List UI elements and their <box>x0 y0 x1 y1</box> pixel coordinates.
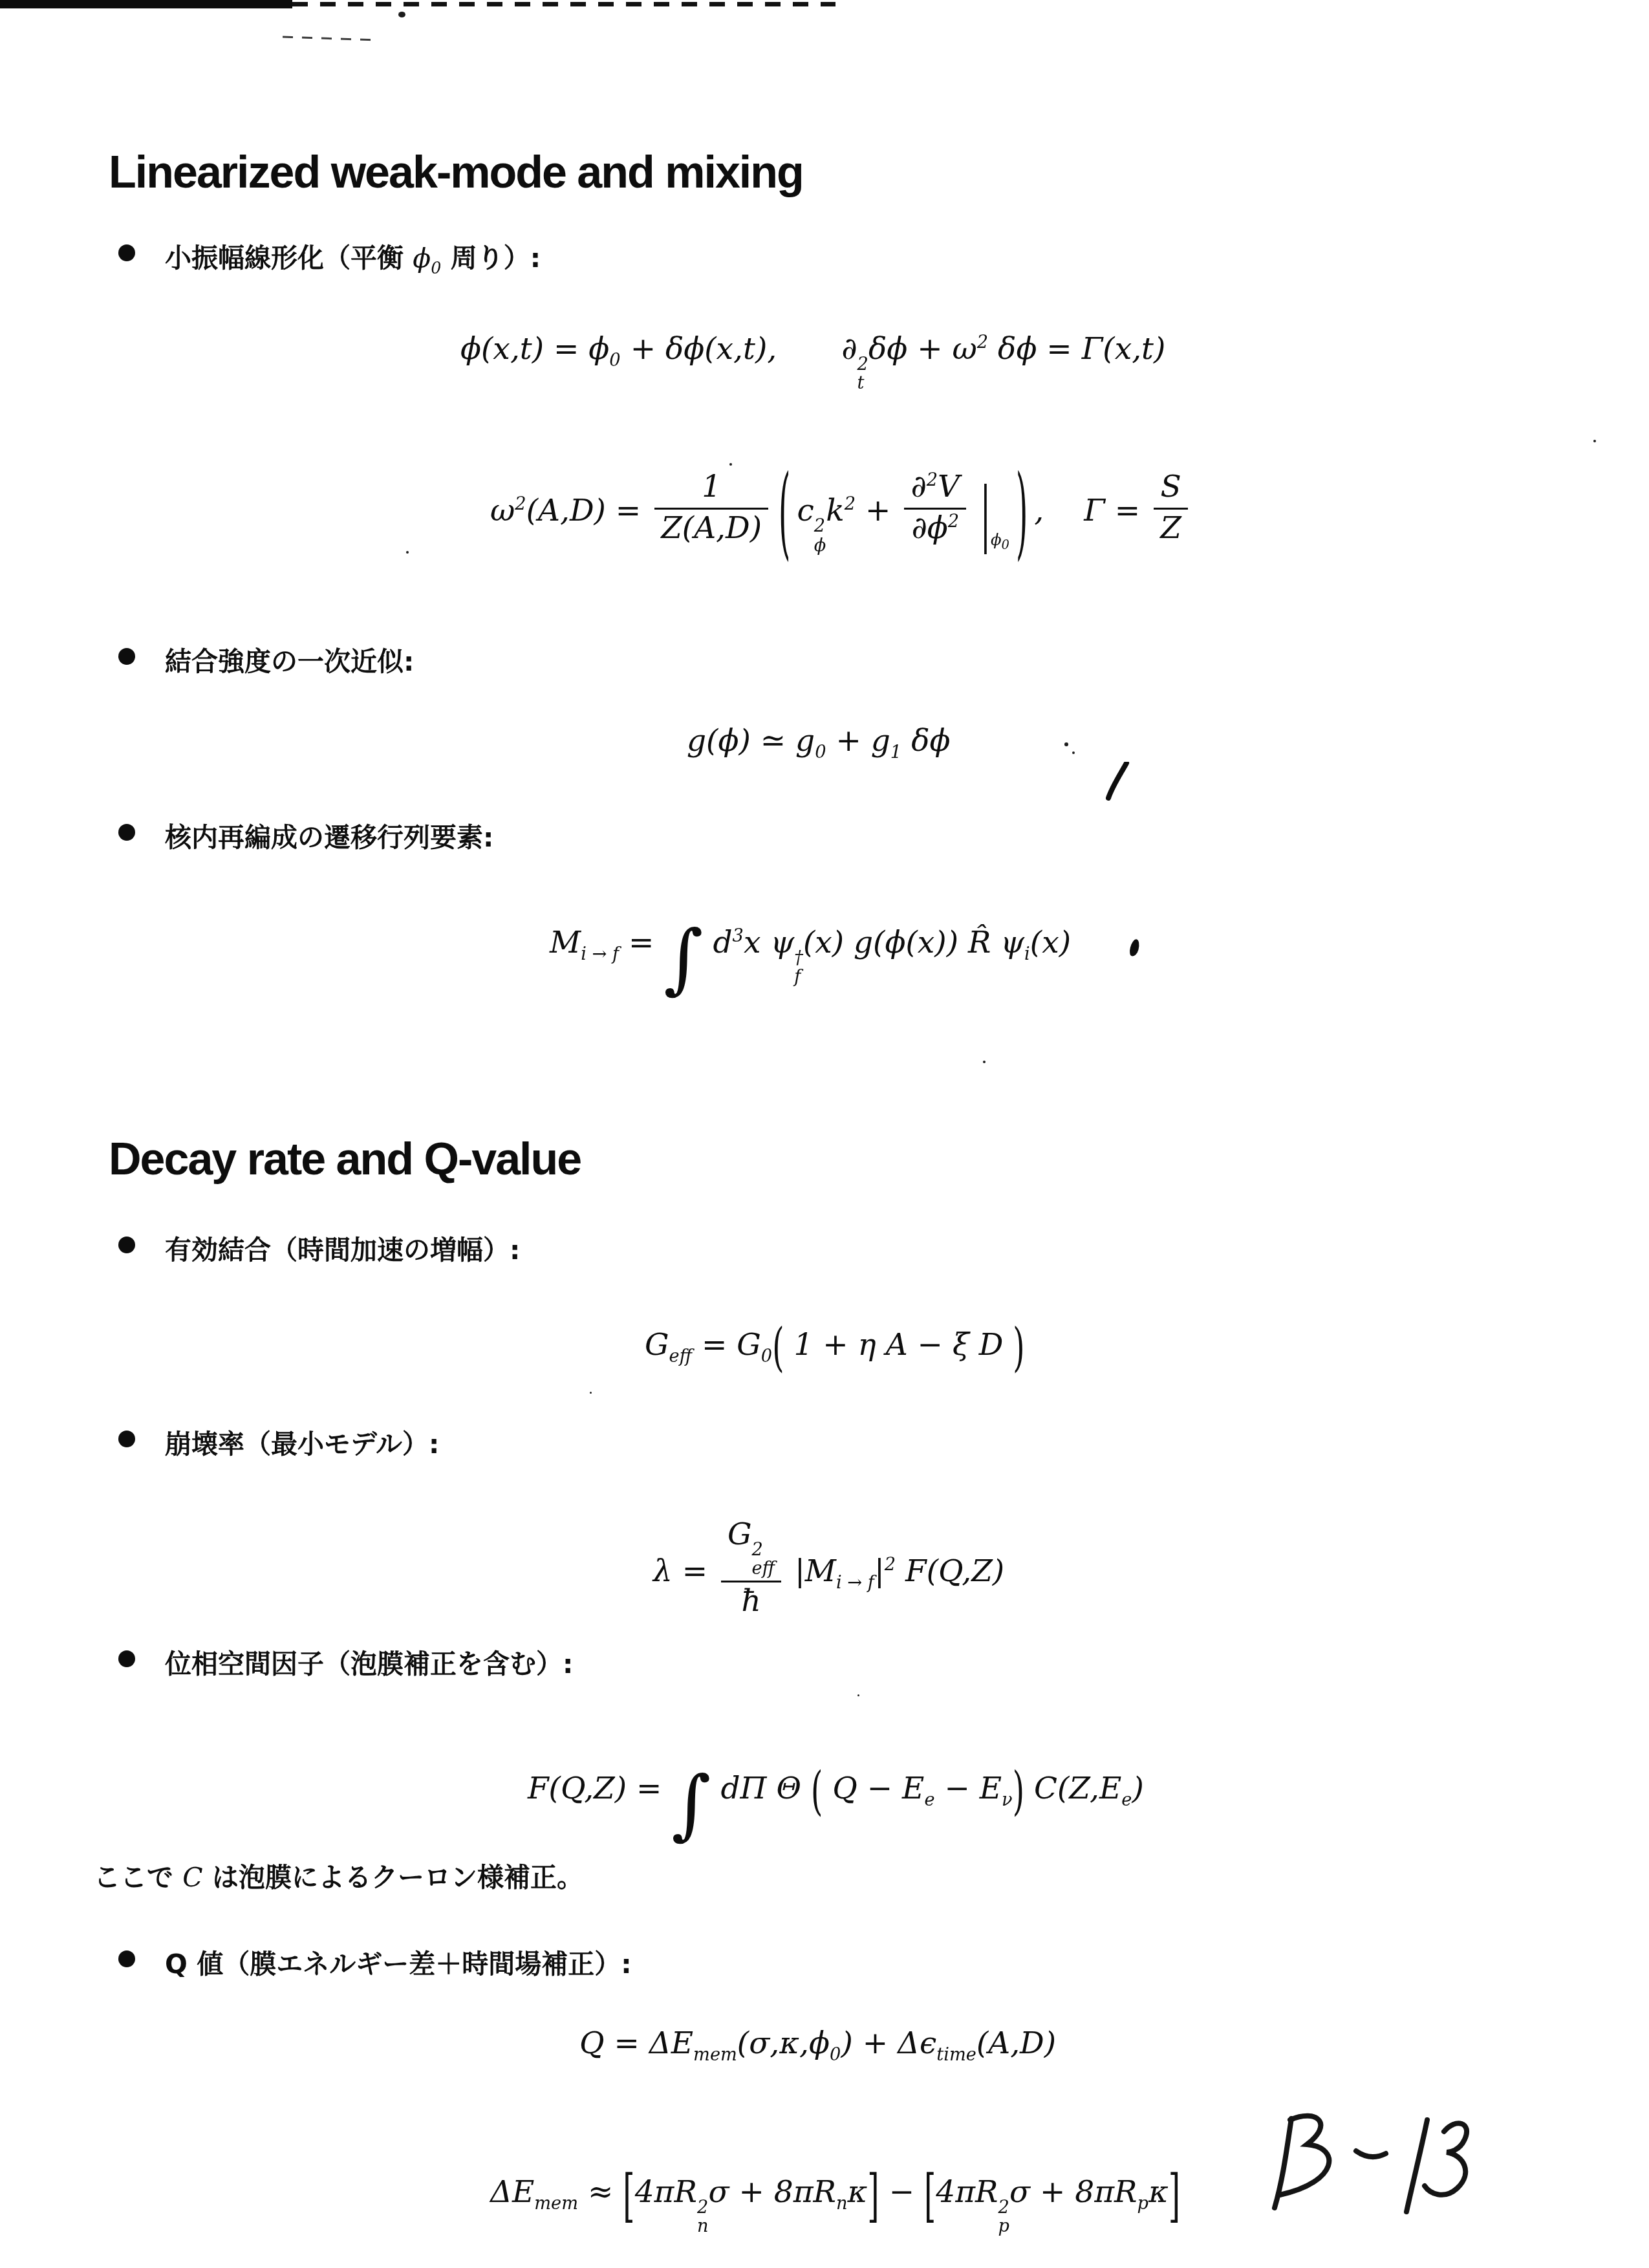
section-title-decay-rate: Decay rate and Q-value <box>109 1133 581 1185</box>
math-subscript: i → f <box>836 1573 874 1593</box>
math-supsub: †f <box>794 951 803 986</box>
scan-squiggle-mark <box>283 36 378 41</box>
bullet-item-q-value: Q 値（膜エネルギー差＋時間場補正）: <box>118 1943 632 1981</box>
bullet-item-effective-coupling: 有効結合（時間加速の増幅）: <box>118 1229 520 1267</box>
math-subscript: time <box>936 2045 976 2065</box>
math-subscript: i <box>1024 944 1030 964</box>
math-token: ) <box>1132 1771 1144 1806</box>
math-token: 4πR <box>936 2174 998 2210</box>
math-token: δϕ <box>901 723 950 759</box>
math-var-C: C <box>182 1862 202 1893</box>
equation-membrane-energy: ΔEmem ≈ [4πR2nσ + 8πRnκ] − [4πR2pσ + 8πR… <box>490 2174 1180 2235</box>
math-token: κ <box>1148 2174 1169 2210</box>
math-subscript: 0 <box>609 351 620 371</box>
bullet-text: Q 値（膜エネルギー差＋時間場補正）: <box>165 1943 632 1981</box>
math-subscript: 0 <box>431 258 441 277</box>
math-superscript: 2 <box>998 2200 1009 2216</box>
equation-decay-rate: λ = G2effħ |Mi → f|2 F(Q,Z) <box>653 1523 1004 1624</box>
math-token: M <box>550 925 581 960</box>
scanned-document-page: Linearized weak-mode and mixing 小振幅線形化（平… <box>0 0 1649 2268</box>
math-fraction: G2effħ <box>721 1518 781 1619</box>
math-token: Γ = <box>1084 493 1150 528</box>
scan-speck <box>398 12 405 17</box>
evaluation-bar: | <box>980 473 991 556</box>
math-token: ∂ϕ <box>911 510 947 546</box>
math-token: dΠ Θ <box>711 1771 811 1806</box>
left-paren: ( <box>811 1761 823 1822</box>
bullet-text: 小振幅線形化（平衡 ϕ0 周り）: <box>165 237 541 277</box>
math-token: ) + Δϵ <box>841 2025 936 2061</box>
bullet-text: 位相空間因子（泡膜補正を含む）: <box>165 1643 573 1681</box>
math-token: |M <box>785 1553 836 1589</box>
bullet-icon <box>118 1950 135 1967</box>
math-supsub: 2ϕ <box>814 519 826 554</box>
bullet-icon <box>118 824 135 841</box>
math-token: (x) <box>1030 925 1071 960</box>
math-superscript: 2 <box>697 2200 708 2216</box>
bullet-text-post: 周り）: <box>441 243 541 274</box>
left-paren: ( <box>772 1317 784 1379</box>
math-fraction: ∂2V∂ϕ2 <box>904 470 966 545</box>
bullet-icon <box>118 244 135 261</box>
math-token: G <box>645 1327 669 1363</box>
fraction-numerator: G2eff <box>721 1518 781 1581</box>
scan-speck <box>406 551 409 554</box>
math-token: F(Q,Z) <box>896 1553 1004 1589</box>
math-token: 1 + η A − ξ D <box>784 1327 1013 1363</box>
math-superscript: 2 <box>948 512 959 532</box>
math-fraction: 1Z(A,D) <box>654 470 768 545</box>
math-subscript: i → f <box>581 944 619 964</box>
equation-phase-space-factor: F(Q,Z) = ∫ dΠ Θ ( Q − Ee − Eν) C(Z,Ee) <box>528 1771 1144 1810</box>
math-superscript: 2 <box>927 470 938 490</box>
scan-speck <box>857 1694 859 1696</box>
math-token: | <box>874 1553 885 1589</box>
fraction-numerator: ∂2V <box>904 470 966 508</box>
math-token: Q = ΔE <box>579 2025 693 2061</box>
section-title-linearized: Linearized weak-mode and mixing <box>109 146 803 198</box>
bullet-item-coupling: 結合強度の一次近似: <box>118 640 414 678</box>
math-subscript: e <box>924 1790 934 1810</box>
ink-speck <box>1072 751 1075 754</box>
math-token: (A,D) <box>976 2025 1056 2061</box>
right-bracket: ] <box>867 2162 879 2229</box>
math-token: , <box>1034 493 1044 528</box>
bullet-text: 有効結合（時間加速の増幅）: <box>165 1229 520 1267</box>
math-subscript: eff <box>752 1561 775 1577</box>
math-token: Q − E <box>823 1771 924 1806</box>
note-pre: ここで <box>94 1862 182 1893</box>
math-superscript: † <box>794 951 803 967</box>
fraction-denominator: ∂ϕ2 <box>904 508 966 546</box>
math-token: σ + 8πR <box>708 2174 836 2210</box>
math-subscript: ν <box>1002 1790 1013 1810</box>
bullet-icon <box>118 1650 135 1667</box>
math-token: ∂ <box>841 331 857 367</box>
math-subscript: n <box>697 2219 709 2235</box>
fraction-numerator: S <box>1154 470 1188 508</box>
math-token: − <box>879 2174 924 2210</box>
math-token: = <box>619 925 663 960</box>
bullet-text: 核内再編成の遷移行列要素: <box>165 816 493 854</box>
math-superscript: 2 <box>752 1542 763 1559</box>
math-subscript: p <box>1137 2194 1148 2214</box>
math-token: x ψ <box>744 925 794 960</box>
math-token: ω <box>490 493 515 528</box>
math-fraction: SZ <box>1154 470 1188 545</box>
math-token: + g <box>826 723 890 759</box>
math-token: G <box>727 1517 752 1552</box>
bullet-text-pre: 小振幅線形化（平衡 <box>165 243 413 274</box>
equation-field-linearization: ϕ(x,t) = ϕ0 + δϕ(x,t),∂2tδϕ + ω2 δϕ = Γ(… <box>460 331 1165 392</box>
left-paren: ( <box>779 454 790 572</box>
math-token: + <box>856 493 900 528</box>
math-subscript: 0 <box>815 742 826 762</box>
math-superscript: 2 <box>515 494 526 514</box>
equation-effective-coupling: Geff = G0( 1 + η A − ξ D ) <box>645 1327 1025 1366</box>
scan-speck <box>1593 440 1596 442</box>
evaluation-subscript: ϕ0 <box>991 530 1009 549</box>
scan-edge-bar <box>0 0 292 8</box>
pen-slash-mark <box>1106 762 1132 801</box>
math-subscript: f <box>794 969 801 986</box>
handwritten-page-label <box>1258 2110 1529 2219</box>
math-subscript: 1 <box>890 742 901 762</box>
math-token: ≈ <box>578 2174 623 2210</box>
math-token: d <box>704 925 733 960</box>
math-subscript: eff <box>669 1346 692 1366</box>
math-subscript: mem <box>534 2194 578 2214</box>
math-superscript: 3 <box>733 926 744 946</box>
bullet-icon <box>118 648 135 665</box>
math-subscript: mem <box>693 2045 737 2065</box>
math-token: = G <box>692 1327 761 1363</box>
math-superscript: 2 <box>857 357 868 373</box>
math-superscript: 2 <box>977 332 988 352</box>
math-token: k <box>826 493 844 528</box>
math-token: + δϕ(x,t), <box>621 331 777 367</box>
math-subscript: ϕ <box>814 538 826 554</box>
left-bracket: [ <box>924 2162 936 2229</box>
math-superscript: 2 <box>814 519 825 535</box>
math-token: λ = <box>653 1553 717 1589</box>
fraction-denominator: Z <box>1154 508 1188 546</box>
note-coulomb-correction: ここで C は泡膜によるクーロン様補正。 <box>94 1856 583 1894</box>
bullet-item-matrix-element: 核内再編成の遷移行列要素: <box>118 816 493 854</box>
math-token: (σ,κ,ϕ <box>737 2025 830 2061</box>
note-post: は泡膜によるクーロン様補正。 <box>203 1862 583 1893</box>
math-var-phi: ϕ <box>991 530 1002 549</box>
scan-speck <box>729 463 732 466</box>
bullet-text: 崩壊率（最小モデル）: <box>165 1423 439 1461</box>
math-token: F(Q,Z) = <box>528 1771 671 1806</box>
ink-apostrophe-mark <box>1128 938 1141 957</box>
bullet-icon <box>118 1237 135 1253</box>
bullet-text: 結合強度の一次近似: <box>165 640 414 678</box>
right-paren: ) <box>1013 1761 1024 1822</box>
math-token: V <box>938 469 960 504</box>
math-subscript: 0 <box>761 1346 772 1366</box>
math-token: δϕ + ω <box>868 331 977 367</box>
math-token: g(ϕ) ≃ g <box>687 723 815 759</box>
math-supsub: 2n <box>697 2200 709 2235</box>
bullet-item-phase-space: 位相空間因子（泡膜補正を含む）: <box>118 1643 573 1681</box>
right-paren: ) <box>1016 454 1028 572</box>
math-token: ϕ(x,t) = ϕ <box>460 331 609 367</box>
scan-edge-dashes <box>292 2 835 6</box>
math-superscript: 2 <box>845 494 856 514</box>
math-subscript: t <box>857 376 865 392</box>
math-token: (A,D) = <box>526 493 651 528</box>
math-token: 4πR <box>635 2174 697 2210</box>
equation-coupling-linear: g(ϕ) ≃ g0 + g1 δϕ <box>687 723 950 762</box>
scan-speck <box>983 1061 986 1063</box>
right-paren: ) <box>1013 1317 1024 1379</box>
math-subscript: 0 <box>1002 537 1009 552</box>
math-token: ΔE <box>490 2174 534 2210</box>
fraction-denominator: ħ <box>721 1581 781 1619</box>
equation-transition-matrix-element: Mi → f = ∫ d3x ψ†f(x) g(ϕ(x)) R̂ ψi(x) <box>550 925 1071 986</box>
math-supsub: 2t <box>857 357 868 392</box>
math-token: − E <box>935 1771 1002 1806</box>
bullet-item-linearization: 小振幅線形化（平衡 ϕ0 周り）: <box>118 237 541 277</box>
math-supsub: 2eff <box>752 1542 775 1577</box>
math-superscript: 2 <box>885 1555 896 1575</box>
math-supsub: 2p <box>998 2200 1009 2235</box>
math-subscript: p <box>998 2219 1009 2235</box>
right-bracket: ] <box>1169 2162 1180 2229</box>
math-subscript: n <box>836 2194 848 2214</box>
math-subscript: e <box>1121 1790 1132 1810</box>
math-subscript: 0 <box>830 2045 841 2065</box>
bullet-icon <box>118 1431 135 1447</box>
equation-omega-squared: ω2(A,D) = 1Z(A,D)(c2ϕk2 + ∂2V∂ϕ2|ϕ0),Γ =… <box>490 475 1192 554</box>
math-var-phi: ϕ <box>413 243 431 274</box>
bullet-item-decay-rate: 崩壊率（最小モデル）: <box>118 1423 439 1461</box>
equation-q-value: Q = ΔEmem(σ,κ,ϕ0) + Δϵtime(A,D) <box>579 2025 1056 2065</box>
math-token: (x) g(ϕ(x)) R̂ ψ <box>803 925 1024 960</box>
math-token: C(Z,E <box>1024 1771 1121 1806</box>
left-bracket: [ <box>623 2162 634 2229</box>
fraction-denominator: Z(A,D) <box>654 508 768 546</box>
ink-speck <box>1064 742 1068 746</box>
fraction-numerator: 1 <box>654 470 768 508</box>
math-token: δϕ = Γ(x,t) <box>988 331 1165 367</box>
scan-speck <box>590 1392 592 1394</box>
math-token: σ + 8πR <box>1009 2174 1137 2210</box>
math-token: ∂ <box>911 469 926 504</box>
math-token: c <box>797 493 814 528</box>
math-token: κ <box>848 2174 868 2210</box>
